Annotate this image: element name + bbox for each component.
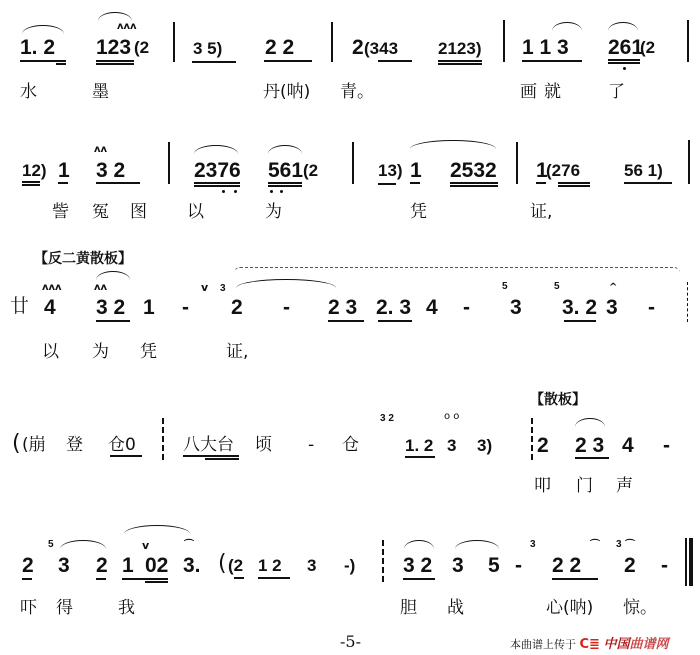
low-octave-dot <box>280 190 283 193</box>
note: 3 <box>307 557 316 574</box>
rest-dash: - <box>463 297 470 318</box>
underline <box>438 60 482 62</box>
breath-mark-icon: v <box>201 282 208 293</box>
note-group: 2 2 <box>552 555 581 576</box>
underline <box>96 60 134 62</box>
note-group: 3 5) <box>193 40 222 57</box>
dashed-barline <box>162 418 164 460</box>
underline <box>450 182 498 184</box>
underline <box>522 60 582 62</box>
note-group: 1 1 3 <box>522 37 569 58</box>
underline <box>564 320 596 322</box>
lyric: 得 <box>56 600 73 617</box>
rest-dash: - <box>182 297 189 318</box>
lyric: 冤 <box>92 204 109 221</box>
underline <box>145 581 168 583</box>
lyric: 水 <box>20 84 37 101</box>
note: 2 <box>624 555 636 576</box>
note: 3 <box>58 555 70 576</box>
note-group: 3 2 <box>403 555 432 576</box>
underline <box>96 182 140 184</box>
lyric: 凭 <box>410 204 427 221</box>
barline <box>352 142 354 184</box>
note-group: 02 <box>145 555 168 576</box>
slur <box>268 145 302 154</box>
note-group: 2 3 <box>328 297 357 318</box>
note: 3. <box>183 555 201 576</box>
percussion: (崩 <box>22 437 46 454</box>
lyric: 证, <box>530 204 552 221</box>
underline <box>438 63 482 65</box>
lyric: 凭 <box>140 344 157 361</box>
underline <box>56 63 66 65</box>
lyric: 訾 <box>52 204 69 221</box>
dashed-barline <box>687 282 688 322</box>
note-group: 2123) <box>438 40 481 57</box>
note: 1 <box>143 297 155 318</box>
note: 2 <box>22 555 34 576</box>
note: 1 <box>122 555 134 576</box>
percussion-rest: - <box>308 437 314 454</box>
grace-note: 5 <box>502 282 508 292</box>
lyric: 为 <box>265 204 282 221</box>
underline <box>96 63 134 65</box>
underline <box>552 578 598 580</box>
rest-dash: - <box>648 297 655 318</box>
note: (2 <box>228 557 243 574</box>
slur <box>22 25 64 34</box>
note: 2 <box>96 555 108 576</box>
barline <box>173 22 175 62</box>
lyric: 声 <box>616 478 633 495</box>
low-octave-dot <box>222 190 225 193</box>
lyric: 青。 <box>340 84 374 101</box>
note-group: (343 <box>364 40 398 57</box>
slur <box>410 140 496 149</box>
underline <box>608 59 640 61</box>
fermata-icon: ⌒ <box>184 541 194 551</box>
mordent-icon: ᴧᴧᴧ <box>42 283 62 293</box>
slur <box>455 540 499 549</box>
underline <box>96 320 130 322</box>
upload-source: 本曲谱上传于 C≣ 中国曲谱网 <box>510 633 668 652</box>
grace-note: 3 <box>220 284 226 294</box>
underline <box>194 185 240 187</box>
lyric: 证, <box>226 344 248 361</box>
section-label: 【反二黄散板】 <box>34 252 132 266</box>
accent-icon: ^ <box>609 283 617 293</box>
lyric: 丹(呐) <box>263 84 310 101</box>
fermata-icon: ⌒ <box>590 541 600 551</box>
lyric: 战 <box>447 600 464 617</box>
underline <box>624 182 672 184</box>
lyric: 以 <box>42 344 59 361</box>
note: 5 <box>488 555 500 576</box>
logo-country: 中国 <box>603 637 629 652</box>
underline <box>183 455 239 457</box>
percussion: 仓 <box>342 437 359 454</box>
barline <box>516 142 518 184</box>
slur <box>236 279 336 288</box>
note: 1 <box>58 160 70 181</box>
note-group: 3 2 <box>96 297 125 318</box>
note: 3) <box>477 437 492 454</box>
lyric: 就 <box>544 84 561 101</box>
barline <box>168 142 170 184</box>
note: 1 <box>410 160 422 181</box>
slur <box>608 22 638 31</box>
phrase-bracket <box>234 267 680 274</box>
lyric: 墨 <box>92 84 109 101</box>
bracket-marks: o o <box>444 412 459 422</box>
note-group: (2 <box>640 39 655 56</box>
underline <box>608 62 640 64</box>
note: 2 <box>231 297 243 318</box>
percussion: 登 <box>66 437 83 454</box>
underline <box>378 320 412 322</box>
grace-note: 5 <box>554 282 560 292</box>
note: 4 <box>622 435 634 456</box>
dashed-barline <box>382 540 384 582</box>
note-group: 12) <box>22 162 47 179</box>
barline <box>503 20 505 62</box>
note-group: 2532 <box>450 160 497 181</box>
underline <box>328 320 364 322</box>
logo-icon: C≣ <box>580 637 600 652</box>
paren-open: ( <box>12 433 21 455</box>
underline <box>558 185 590 187</box>
note: 3 <box>452 555 464 576</box>
lyric: 我 <box>118 600 135 617</box>
tempo-mark: 廿 <box>10 297 29 316</box>
underline <box>110 455 142 457</box>
rest-dash: - <box>663 435 670 456</box>
underline <box>22 578 32 580</box>
lyric: 了 <box>608 84 625 101</box>
note-group: 2 2 <box>265 37 294 58</box>
lyric: 惊。 <box>623 600 657 617</box>
note-group: 3. 2 <box>562 297 597 318</box>
lyric: 胆 <box>400 600 417 617</box>
underline <box>403 578 435 580</box>
note-group: 2376 <box>194 160 241 181</box>
note-group: (276 <box>546 162 580 179</box>
underline <box>264 60 312 62</box>
mordent-icon: ᴧᴧ <box>94 283 107 293</box>
rest-dash: - <box>515 555 522 576</box>
rest-dash: - <box>283 297 290 318</box>
rest-dash: -) <box>344 557 355 574</box>
note-group: (2 <box>134 39 149 56</box>
underline <box>410 182 420 184</box>
slur <box>60 540 106 549</box>
underline <box>234 577 244 579</box>
grace-note: 3 <box>530 540 536 550</box>
final-barline-thick <box>689 538 693 586</box>
section-label: 【散板】 <box>530 393 586 407</box>
barline <box>688 140 690 184</box>
slur <box>98 12 132 21</box>
dashed-barline <box>531 418 533 460</box>
mordent-icon: ᴧᴧᴧ <box>117 22 137 32</box>
note: 4 <box>44 297 56 318</box>
note: 3 <box>510 297 522 318</box>
underline <box>96 578 106 580</box>
grace-note: 3 2 <box>380 414 394 424</box>
note-group: 1. 2 <box>20 37 55 58</box>
lyric: 吓 <box>20 600 37 617</box>
note: 3 <box>606 297 618 318</box>
lyric: 图 <box>130 204 147 221</box>
note-group: (2 <box>303 162 318 179</box>
slur <box>552 22 582 31</box>
underline <box>192 61 236 63</box>
note-group: 1 2 <box>258 557 282 574</box>
percussion: 仓0 <box>108 437 136 454</box>
note-group: 2. 3 <box>376 297 411 318</box>
underline <box>558 182 590 184</box>
note: 3 <box>447 437 456 454</box>
note-group: 3 2 <box>96 160 125 181</box>
underline <box>378 60 412 62</box>
note: 4 <box>426 297 438 318</box>
underline <box>22 184 40 186</box>
grace-note: 5 <box>48 540 54 550</box>
fermata-icon: ⌒ <box>625 541 635 551</box>
underline <box>378 183 396 185</box>
logo-brand: 曲谱网 <box>629 637 668 652</box>
underline <box>58 182 68 184</box>
low-octave-dot <box>270 190 273 193</box>
underline <box>258 577 290 579</box>
slur <box>404 540 434 549</box>
note-group: 123 <box>96 37 131 58</box>
underline <box>194 182 240 184</box>
lyric: 画 <box>520 84 537 101</box>
slur <box>96 271 130 280</box>
slur <box>575 418 605 427</box>
mordent-icon: ᴧᴧ <box>94 145 107 155</box>
lyric: 以 <box>187 204 204 221</box>
page-number: -5- <box>340 632 361 651</box>
slur <box>194 145 238 154</box>
note-group: 2 3 <box>575 435 604 456</box>
underline <box>536 182 546 184</box>
note: 2 <box>537 435 549 456</box>
underline <box>122 578 168 580</box>
lyric: 门 <box>576 478 593 495</box>
note: 2 <box>352 37 364 58</box>
underline <box>268 182 302 184</box>
note-group: 561 <box>268 160 303 181</box>
underline <box>205 458 239 460</box>
underline <box>268 185 302 187</box>
note-group: 261 <box>608 37 643 58</box>
grace-note: 3 <box>616 540 622 550</box>
underline <box>22 181 40 183</box>
note-group: 1. 2 <box>405 437 433 454</box>
barline <box>687 20 689 62</box>
lyric: 为 <box>92 344 109 361</box>
underline <box>20 60 66 62</box>
underline <box>575 457 609 459</box>
lyric: 叩 <box>534 478 551 495</box>
rest-dash: - <box>661 555 668 576</box>
slur <box>124 525 190 534</box>
underline <box>405 456 435 458</box>
percussion: 顷 <box>255 437 272 454</box>
low-octave-dot <box>234 190 237 193</box>
percussion: 八大台 <box>183 437 234 454</box>
breath-mark-icon: v <box>142 540 149 551</box>
barline <box>331 22 333 62</box>
low-octave-dot <box>623 67 626 70</box>
final-barline-thin <box>685 538 687 586</box>
lyric: 心(呐) <box>546 600 593 617</box>
underline <box>450 185 498 187</box>
note-group: 13) <box>378 162 403 179</box>
source-text: 本曲谱上传于 <box>510 638 576 651</box>
note-group: 56 1) <box>624 162 663 179</box>
paren-open: ( <box>218 553 227 575</box>
